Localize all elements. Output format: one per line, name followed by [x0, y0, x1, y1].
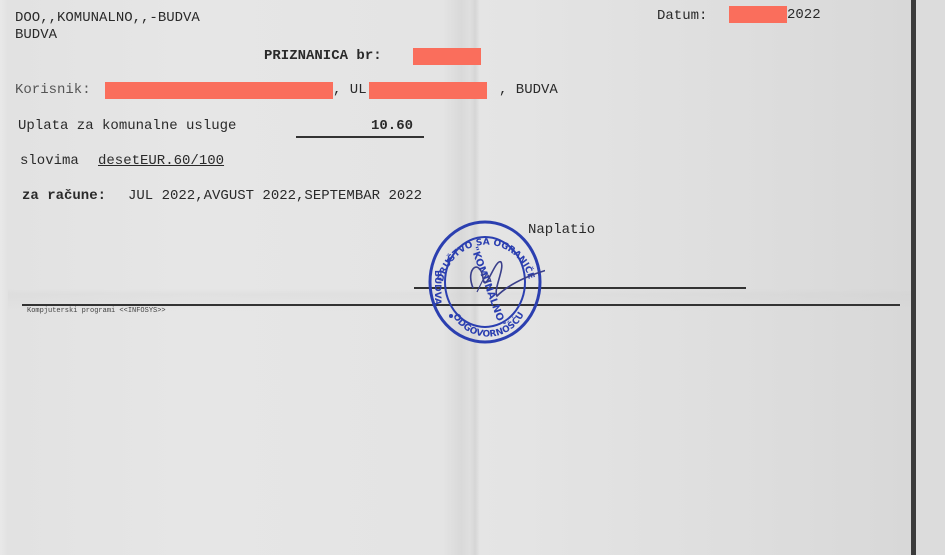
- date-year: 2022: [787, 7, 821, 23]
- company-stamp: DRUŠTVO SA OGRANIČENOM ODGOVORNOŠĆU BUDV…: [425, 218, 545, 346]
- stamp-icon: DRUŠTVO SA OGRANIČENOM ODGOVORNOŠĆU BUDV…: [425, 218, 545, 346]
- bills-period: JUL 2022,AVGUST 2022,SEPTEMBAR 2022: [128, 188, 422, 204]
- redacted-receipt-number: [413, 48, 481, 65]
- issuer-city: BUDVA: [15, 27, 57, 43]
- svg-text:"KOMUNALNO": "KOMUNALNO": [468, 245, 507, 327]
- customer-city: , BUDVA: [499, 82, 558, 98]
- issuer-name: DOO,,KOMUNALNO,,-BUDVA: [15, 10, 200, 26]
- redacted-date: [729, 6, 787, 23]
- redacted-street: [369, 82, 487, 99]
- svg-text:BUDVA: BUDVA: [432, 270, 442, 305]
- background-right: [916, 0, 945, 555]
- payment-label: Uplata za komunalne usluge: [18, 118, 236, 134]
- street-prefix: , UL: [333, 82, 367, 98]
- bills-label: za račune:: [22, 188, 106, 204]
- amount-underline: [296, 136, 424, 138]
- receipt-title: PRIZNANICA br:: [264, 48, 382, 64]
- amount-in-words: desetEUR.60/100: [98, 153, 224, 169]
- date-label: Datum:: [657, 8, 707, 24]
- footer-software: Kompjuterski programi <<INFOSYS>>: [27, 307, 166, 315]
- words-label: slovima: [20, 153, 79, 169]
- redacted-customer-name: [105, 82, 333, 99]
- customer-label: Korisnik:: [15, 82, 91, 98]
- payment-amount: 10.60: [371, 118, 413, 134]
